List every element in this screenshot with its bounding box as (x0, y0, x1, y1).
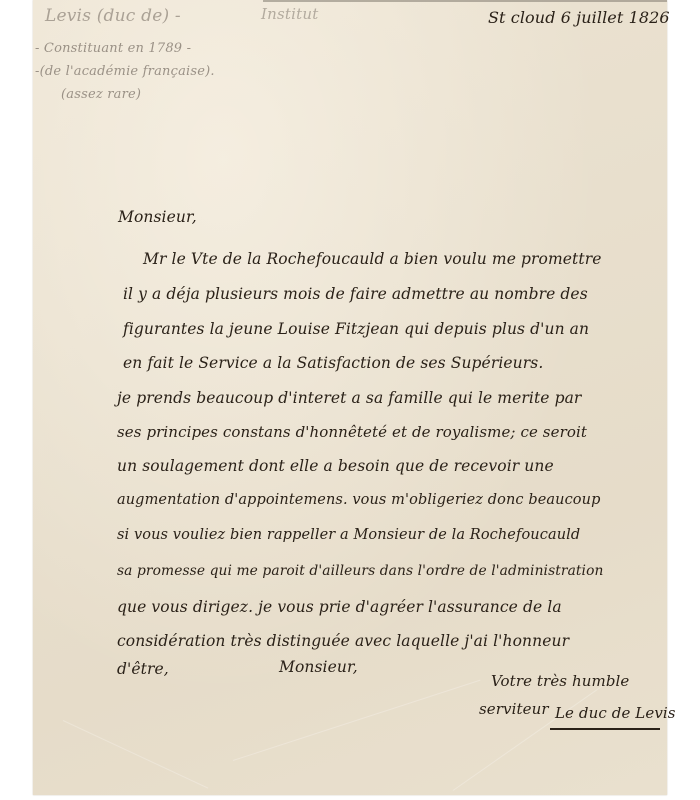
paper-crease (63, 720, 208, 789)
body-line: figurantes la jeune Louise Fitzjean qui … (123, 320, 589, 338)
pencil-note-rarity: (assez rare) (61, 86, 141, 103)
salutation: Monsieur, (118, 208, 197, 226)
body-line: que vous dirigez. je vous prie d'agréer … (117, 598, 562, 616)
paper-crease (453, 675, 617, 791)
signature: Le duc de Levis (555, 704, 676, 722)
closing-salutation: Monsieur, (279, 658, 358, 676)
body-line: si vous vouliez bien rappeller a Monsieu… (117, 527, 580, 543)
pencil-note-constituant: - Constituant en 1789 - (35, 40, 191, 57)
pencil-note-academie: -(de l'académie française). (35, 63, 215, 80)
body-line: je prends beaucoup d'interet a sa famill… (117, 389, 581, 407)
body-line: il y a déja plusieurs mois de faire adme… (123, 285, 588, 303)
body-line: Mr le Vte de la Rochefoucauld a bien vou… (143, 250, 601, 268)
closing-line-1: Votre très humble (491, 672, 629, 690)
body-line: ses principes constans d'honnêteté et de… (117, 423, 587, 441)
body-line: un soulagement dont elle a besoin que de… (117, 457, 554, 475)
body-line: sa promesse qui me paroit d'ailleurs dan… (117, 563, 603, 579)
body-line: augmentation d'appointemens. vous m'obli… (117, 492, 600, 508)
paper-top-edge (263, 0, 667, 2)
place-date: St cloud 6 juillet 1826 (488, 8, 670, 27)
signature-underline (550, 728, 660, 730)
body-line: d'être, (117, 660, 169, 678)
body-line: en fait le Service a la Satisfaction de … (123, 354, 543, 372)
body-line: considération très distinguée avec laque… (117, 632, 569, 650)
pencil-note-institut: Institut (261, 6, 318, 23)
closing-line-2: serviteur (479, 700, 549, 718)
paper-crease (233, 680, 481, 761)
letter-paper: Levis (duc de) - - Constituant en 1789 -… (33, 0, 667, 795)
pencil-name-note: Levis (duc de) - (45, 8, 181, 25)
